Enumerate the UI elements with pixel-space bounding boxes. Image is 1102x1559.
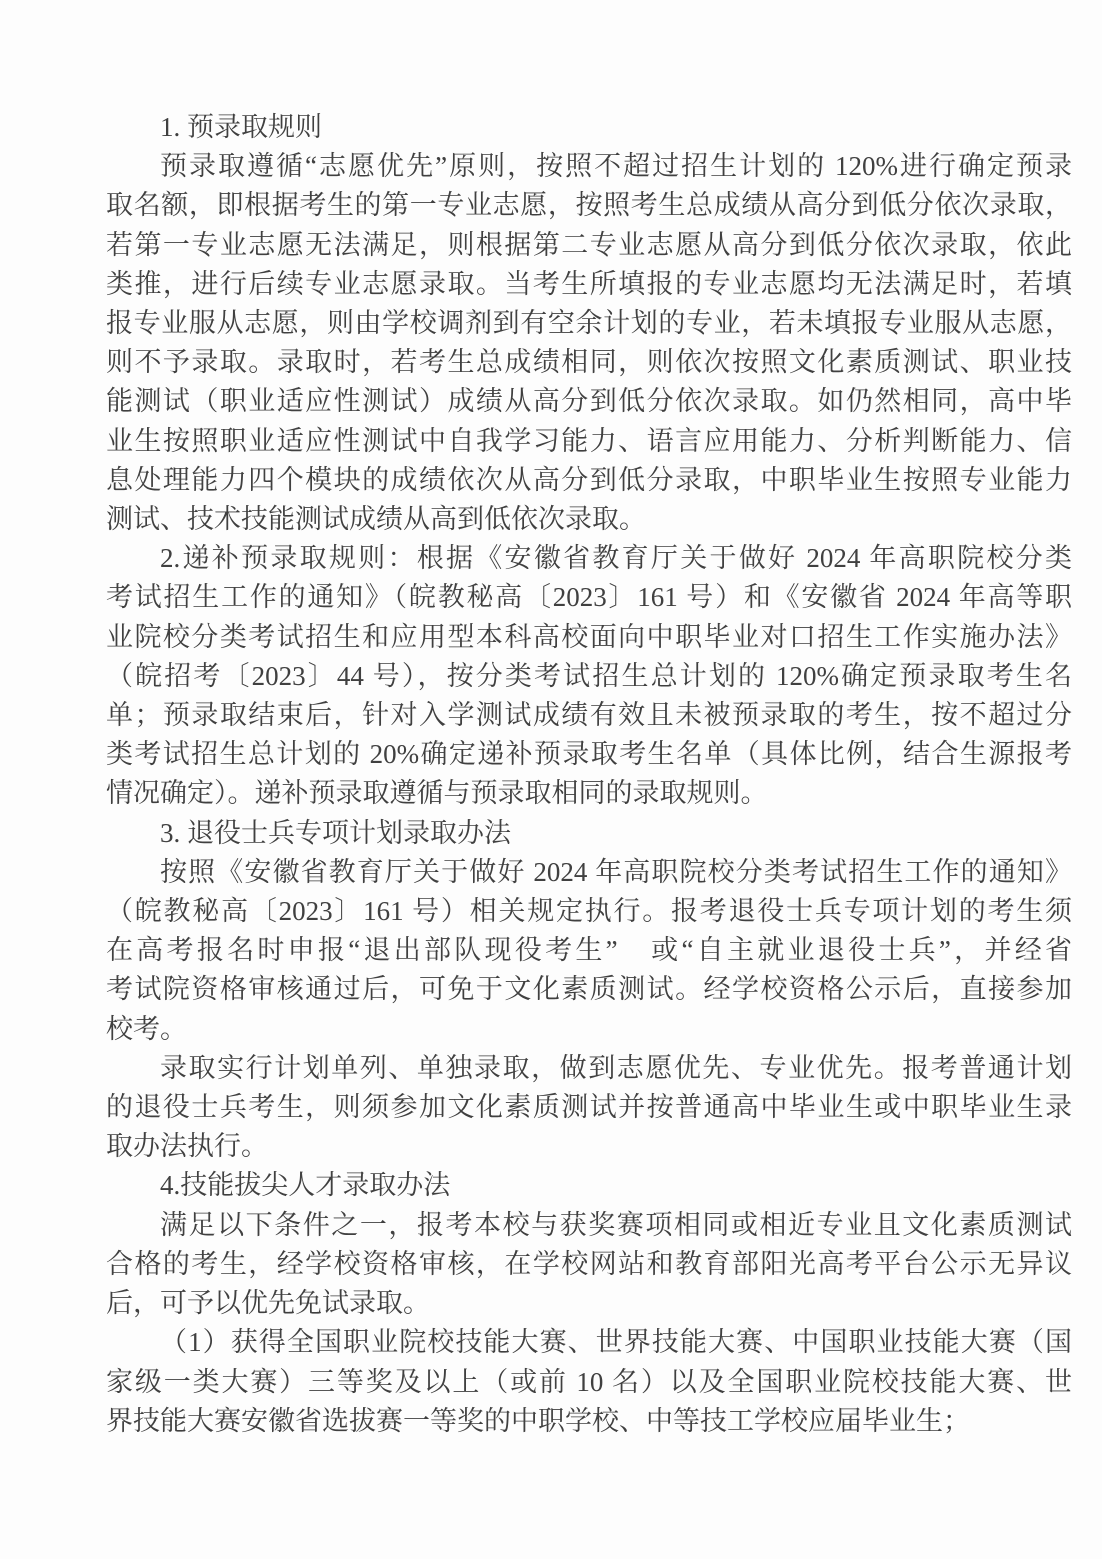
text-line: 按照《安徽省教育厅关于做好 2024 年高职院校分类考试招生工作的通知》 bbox=[106, 853, 1072, 892]
text-line: 测试、技术技能测试成绩从高到低依次录取。 bbox=[106, 500, 1072, 539]
text-line: 家级一类大赛）三等奖及以上（或前 10 名）以及全国职业院校技能大赛、世 bbox=[106, 1363, 1072, 1402]
text-line: 的退役士兵考生，则须参加文化素质测试并按普通高中毕业生或中职毕业生录 bbox=[106, 1088, 1072, 1127]
heading-3-veterans-special-plan: 3. 退役士兵专项计划录取办法 bbox=[106, 814, 1072, 853]
text-line: 取名额，即根据考生的第一专业志愿，按照考生总成绩从高分到低分依次录取， bbox=[106, 186, 1072, 225]
document-content: 1. 预录取规则预录取遵循“志愿优先”原则，按照不超过招生计划的 120%进行确… bbox=[106, 108, 1072, 1441]
text-line: 界技能大赛安徽省选拔赛一等奖的中职学校、中等技工学校应届毕业生； bbox=[106, 1402, 1072, 1441]
para-4-top-skilled-talent-body: 满足以下条件之一，报考本校与获奖赛项相同或相近专业且文化素质测试合格的考生，经学… bbox=[106, 1206, 1072, 1324]
text-line: 则不予录取。录取时，若考生总成绩相同，则依次按照文化素质测试、职业技 bbox=[106, 343, 1072, 382]
text-line: 能测试（职业适应性测试）成绩从高分到低分依次录取。如仍然相同，高中毕 bbox=[106, 382, 1072, 421]
text-line: 后，可予以优先免试录取。 bbox=[106, 1284, 1072, 1323]
text-line: 预录取遵循“志愿优先”原则，按照不超过招生计划的 120%进行确定预录 bbox=[106, 147, 1072, 186]
text-line: 1. 预录取规则 bbox=[106, 108, 1072, 147]
text-line: 类推，进行后续专业志愿录取。当考生所填报的专业志愿均无法满足时，若填 bbox=[106, 265, 1072, 304]
text-line: （1）获得全国职业院校技能大赛、世界技能大赛、中国职业技能大赛（国 bbox=[106, 1323, 1072, 1362]
para-3-veterans-policy-body: 按照《安徽省教育厅关于做好 2024 年高职院校分类考试招生工作的通知》（皖教秘… bbox=[106, 853, 1072, 1049]
text-line: 类考试招生总计划的 20%确定递补预录取考生名单（具体比例，结合生源报考 bbox=[106, 735, 1072, 774]
document-page: 1. 预录取规则预录取遵循“志愿优先”原则，按照不超过招生计划的 120%进行确… bbox=[0, 0, 1102, 1559]
text-line: （皖招考〔2023〕44 号），按分类考试招生总计划的 120%确定预录取考生名 bbox=[106, 657, 1072, 696]
text-line: （皖教秘高〔2023〕161 号）相关规定执行。报考退役士兵专项计划的考生须 bbox=[106, 892, 1072, 931]
text-line: 满足以下条件之一，报考本校与获奖赛项相同或相近专业且文化素质测试 bbox=[106, 1206, 1072, 1245]
text-line: 息处理能力四个模块的成绩依次从高分到低分录取，中职毕业生按照专业能力 bbox=[106, 461, 1072, 500]
heading-4-top-skilled-talent: 4.技能拔尖人才录取办法 bbox=[106, 1166, 1072, 1205]
text-line: 3. 退役士兵专项计划录取办法 bbox=[106, 814, 1072, 853]
para-3-veterans-admission-body: 录取实行计划单列、单独录取，做到志愿优先、专业优先。报考普通计划的退役士兵考生，… bbox=[106, 1049, 1072, 1167]
text-line: 4.技能拔尖人才录取办法 bbox=[106, 1166, 1072, 1205]
text-line: 考试院资格审核通过后，可免于文化素质测试。经学校资格公示后，直接参加 bbox=[106, 970, 1072, 1009]
text-line: 单；预录取结束后，针对入学测试成绩有效且未被预录取的考生，按不超过分 bbox=[106, 696, 1072, 735]
text-line: 业院校分类考试招生和应用型本科高校面向中职毕业对口招生工作实施办法》 bbox=[106, 618, 1072, 657]
text-line: 报专业服从志愿，则由学校调剂到有空余计划的专业，若未填报专业服从志愿， bbox=[106, 304, 1072, 343]
text-line: 合格的考生，经学校资格审核，在学校网站和教育部阳光高考平台公示无异议 bbox=[106, 1245, 1072, 1284]
text-line: 2.递补预录取规则：根据《安徽省教育厅关于做好 2024 年高职院校分类 bbox=[106, 539, 1072, 578]
text-line: 校考。 bbox=[106, 1010, 1072, 1049]
heading-1-pre-admission-rules: 1. 预录取规则 bbox=[106, 108, 1072, 147]
text-line: 录取实行计划单列、单独录取，做到志愿优先、专业优先。报考普通计划 bbox=[106, 1049, 1072, 1088]
para-4-item-1: （1）获得全国职业院校技能大赛、世界技能大赛、中国职业技能大赛（国家级一类大赛）… bbox=[106, 1323, 1072, 1441]
para-1-pre-admission-rules-body: 预录取遵循“志愿优先”原则，按照不超过招生计划的 120%进行确定预录取名额，即… bbox=[106, 147, 1072, 539]
text-line: 情况确定）。递补预录取遵循与预录取相同的录取规则。 bbox=[106, 774, 1072, 813]
para-2-supplementary-pre-admission-rules: 2.递补预录取规则：根据《安徽省教育厅关于做好 2024 年高职院校分类考试招生… bbox=[106, 539, 1072, 813]
text-line: 若第一专业志愿无法满足，则根据第二专业志愿从高分到低分依次录取，依此 bbox=[106, 226, 1072, 265]
text-line: 在高考报名时申报“退出部队现役考生” 或“自主就业退役士兵”，并经省 bbox=[106, 931, 1072, 970]
text-line: 业生按照职业适应性测试中自我学习能力、语言应用能力、分析判断能力、信 bbox=[106, 422, 1072, 461]
text-line: 考试招生工作的通知》（皖教秘高〔2023〕161 号）和《安徽省 2024 年高… bbox=[106, 578, 1072, 617]
text-line: 取办法执行。 bbox=[106, 1127, 1072, 1166]
